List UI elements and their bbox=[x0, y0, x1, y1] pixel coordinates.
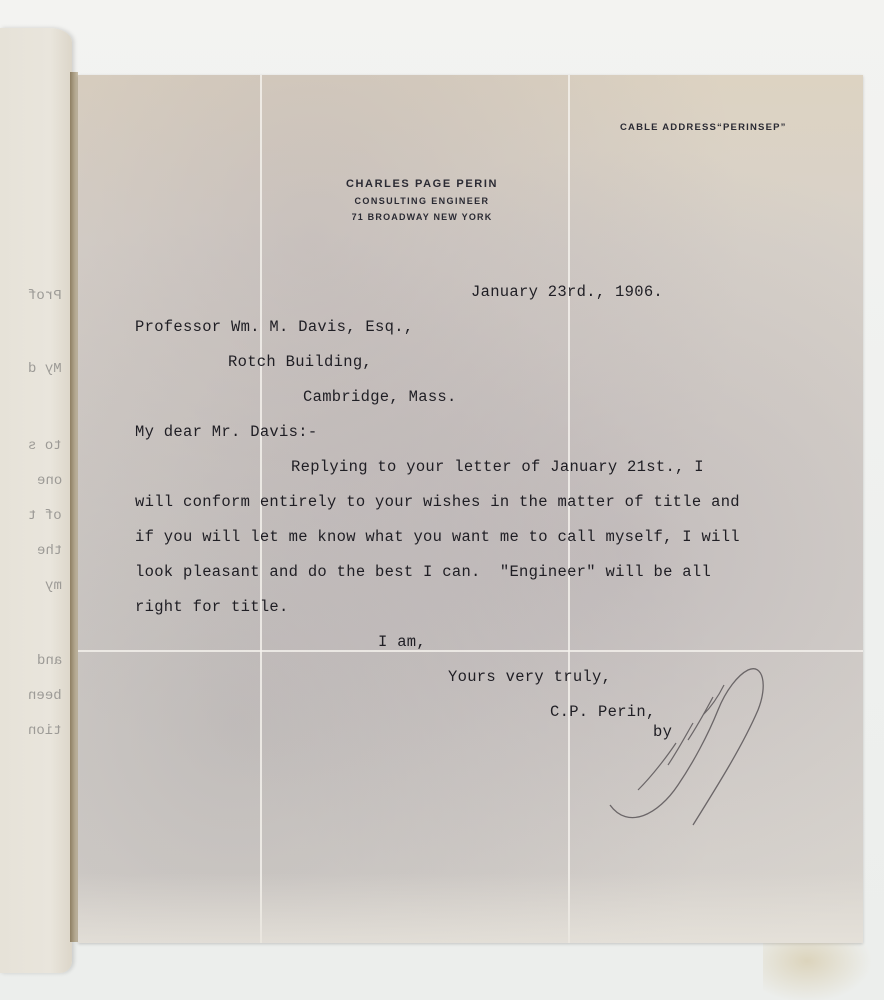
bleed-line: Prof bbox=[28, 288, 62, 304]
book-spine-shadow bbox=[70, 72, 78, 942]
facing-book-page: Prof My d to s one of t the my and been … bbox=[0, 28, 72, 973]
cable-address: CABLE ADDRESS“PERINSEP” bbox=[620, 122, 787, 133]
closing-i-am: I am, bbox=[378, 633, 426, 651]
body-line: Replying to your letter of January 21st.… bbox=[291, 458, 704, 476]
recipient-city: Cambridge, Mass. bbox=[303, 388, 457, 406]
letter-date: January 23rd., 1906. bbox=[471, 283, 663, 301]
letterhead-address: 71 BROADWAY NEW YORK bbox=[328, 212, 516, 222]
bleed-line: and bbox=[37, 653, 62, 669]
body-line: if you will let me know what you want me… bbox=[135, 528, 740, 546]
body-line: look pleasant and do the best I can. "En… bbox=[135, 563, 711, 581]
bleed-line: to s bbox=[28, 438, 62, 454]
letterhead-title: CONSULTING ENGINEER bbox=[328, 196, 516, 206]
body-line: right for title. bbox=[135, 598, 289, 616]
letter-sheet: CABLE ADDRESS“PERINSEP” CHARLES PAGE PER… bbox=[78, 75, 863, 943]
bleed-line: my bbox=[45, 578, 62, 594]
bleed-line: one bbox=[37, 473, 62, 489]
salutation: My dear Mr. Davis:- bbox=[135, 423, 317, 441]
closing-yours: Yours very truly, bbox=[448, 668, 611, 686]
letterhead: CHARLES PAGE PERIN CONSULTING ENGINEER 7… bbox=[328, 178, 516, 222]
water-stain bbox=[763, 943, 873, 1000]
bleed-line: of t bbox=[28, 508, 62, 524]
letterhead-name: CHARLES PAGE PERIN bbox=[328, 178, 516, 190]
bleed-line: My d bbox=[28, 361, 62, 377]
recipient-name: Professor Wm. M. Davis, Esq., bbox=[135, 318, 413, 336]
bleed-line: the bbox=[37, 543, 62, 559]
body-line: will conform entirely to your wishes in … bbox=[135, 493, 740, 511]
recipient-building: Rotch Building, bbox=[228, 353, 372, 371]
bleed-line: been bbox=[28, 688, 62, 704]
bleed-line: tion bbox=[28, 723, 62, 739]
handwritten-signature-icon bbox=[598, 615, 778, 845]
